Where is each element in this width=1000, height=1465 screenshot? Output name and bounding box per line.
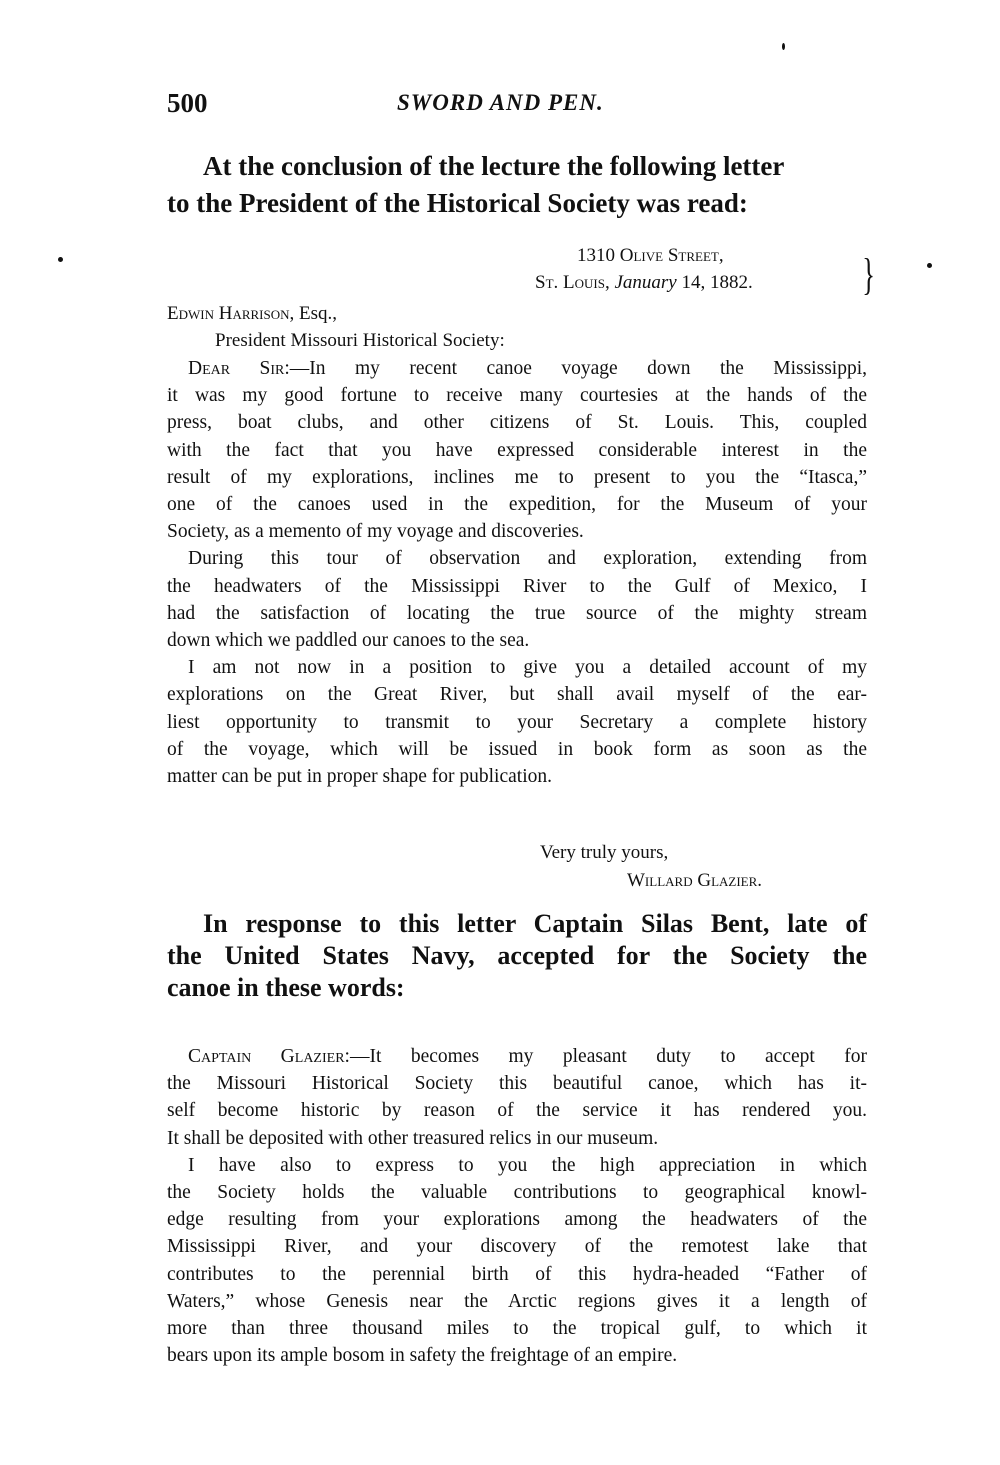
letter-line: matter can be put in proper shape for pu…	[167, 763, 867, 790]
reply-line: the Society holds the valuable contribut…	[167, 1179, 867, 1206]
reply-line: self become historic by reason of the se…	[167, 1097, 867, 1124]
letter-line: I am not now in a position to give you a…	[167, 654, 867, 681]
letter-line: result of my explorations, inclines me t…	[167, 464, 867, 491]
reply-line: Captain Glazier:—It becomes my pleasant …	[167, 1043, 867, 1070]
letter-paragraph: During this tour of observation and expl…	[167, 545, 867, 654]
letter-paragraph: I am not now in a position to give you a…	[167, 654, 867, 790]
addressee-suffix: , Esq.,	[290, 303, 338, 324]
letter-addressee: Edwin Harrison, Esq., President Missouri…	[167, 300, 505, 354]
letter-line: it was my good fortune to receive many c…	[167, 382, 867, 409]
reply-line: I have also to express to you the high a…	[167, 1152, 867, 1179]
address-place-date: St. Louis, January 14, 1882.	[535, 269, 865, 296]
letter-line: had the satisfaction of locating the tru…	[167, 600, 867, 627]
page-header: 500 SWORD AND PEN.	[167, 88, 867, 128]
reply-body: Captain Glazier:—It becomes my pleasant …	[167, 1043, 867, 1369]
address-brace: }	[862, 255, 875, 295]
addressee-title: President Missouri Historical Society:	[167, 327, 505, 354]
response-line: the United States Navy, accepted for the…	[167, 940, 867, 972]
address-street: 1310 Olive Street,	[535, 242, 865, 269]
letter-line: the headwaters of the Mississippi River …	[167, 573, 867, 600]
letter-line: one of the canoes used in the expedition…	[167, 491, 867, 518]
reply-lead: Captain Glazier	[188, 1046, 345, 1067]
letter-line: Society, as a memento of my voyage and d…	[167, 518, 867, 545]
letter-address: 1310 Olive Street, St. Louis, January 14…	[535, 242, 865, 296]
reply-line: bears upon its ample bosom in safety the…	[167, 1342, 867, 1369]
running-title: SWORD AND PEN.	[397, 90, 604, 116]
page-number: 500	[167, 88, 208, 119]
letter-line: Dear Sir:—In my recent canoe voyage down…	[167, 355, 867, 382]
reply-line: edge resulting from your explorations am…	[167, 1206, 867, 1233]
reply-line: more than three thousand miles to the tr…	[167, 1315, 867, 1342]
letter-line: press, boat clubs, and other citizens of…	[167, 409, 867, 436]
reply-paragraph: Captain Glazier:—It becomes my pleasant …	[167, 1043, 867, 1152]
response-line: canoe in these words:	[167, 972, 867, 1004]
scan-speck	[927, 263, 932, 268]
letter-paragraph: Dear Sir:—In my recent canoe voyage down…	[167, 355, 867, 545]
intro-line: At the conclusion of the lecture the fol…	[167, 148, 867, 185]
address-month: January	[614, 272, 676, 293]
reply-line: the Missouri Historical Society this bea…	[167, 1070, 867, 1097]
reply-line: contributes to the perennial birth of th…	[167, 1261, 867, 1288]
letter-line: with the fact that you have expressed co…	[167, 437, 867, 464]
letter-line: down which we paddled our canoes to the …	[167, 627, 867, 654]
letter-line: explorations on the Great River, but sha…	[167, 681, 867, 708]
intro-line: to the President of the Historical Socie…	[167, 185, 867, 222]
addressee-name: Edwin Harrison	[167, 303, 290, 324]
salutation-lead: Dear Sir	[188, 358, 284, 379]
reply-line: Mississippi River, and your discovery of…	[167, 1233, 867, 1260]
response-paragraph: In response to this letter Captain Silas…	[167, 908, 867, 1004]
scan-speck	[58, 257, 63, 262]
address-day-year: 14, 1882.	[677, 272, 753, 293]
letter-body: Dear Sir:—In my recent canoe voyage down…	[167, 355, 867, 790]
address-city: St. Louis,	[535, 272, 614, 293]
reply-line: It shall be deposited with other treasur…	[167, 1125, 867, 1152]
letter-closing: Very truly yours,	[540, 842, 668, 864]
response-line: In response to this letter Captain Silas…	[167, 908, 867, 940]
scan-speck	[782, 43, 785, 50]
reply-paragraph: I have also to express to you the high a…	[167, 1152, 867, 1370]
letter-signature: Willard Glazier.	[627, 870, 762, 892]
letter-line: of the voyage, which will be issued in b…	[167, 736, 867, 763]
intro-paragraph: At the conclusion of the lecture the fol…	[167, 148, 867, 222]
letter-line: During this tour of observation and expl…	[167, 545, 867, 572]
letter-line: liest opportunity to transmit to your Se…	[167, 709, 867, 736]
reply-line: Waters,” whose Genesis near the Arctic r…	[167, 1288, 867, 1315]
